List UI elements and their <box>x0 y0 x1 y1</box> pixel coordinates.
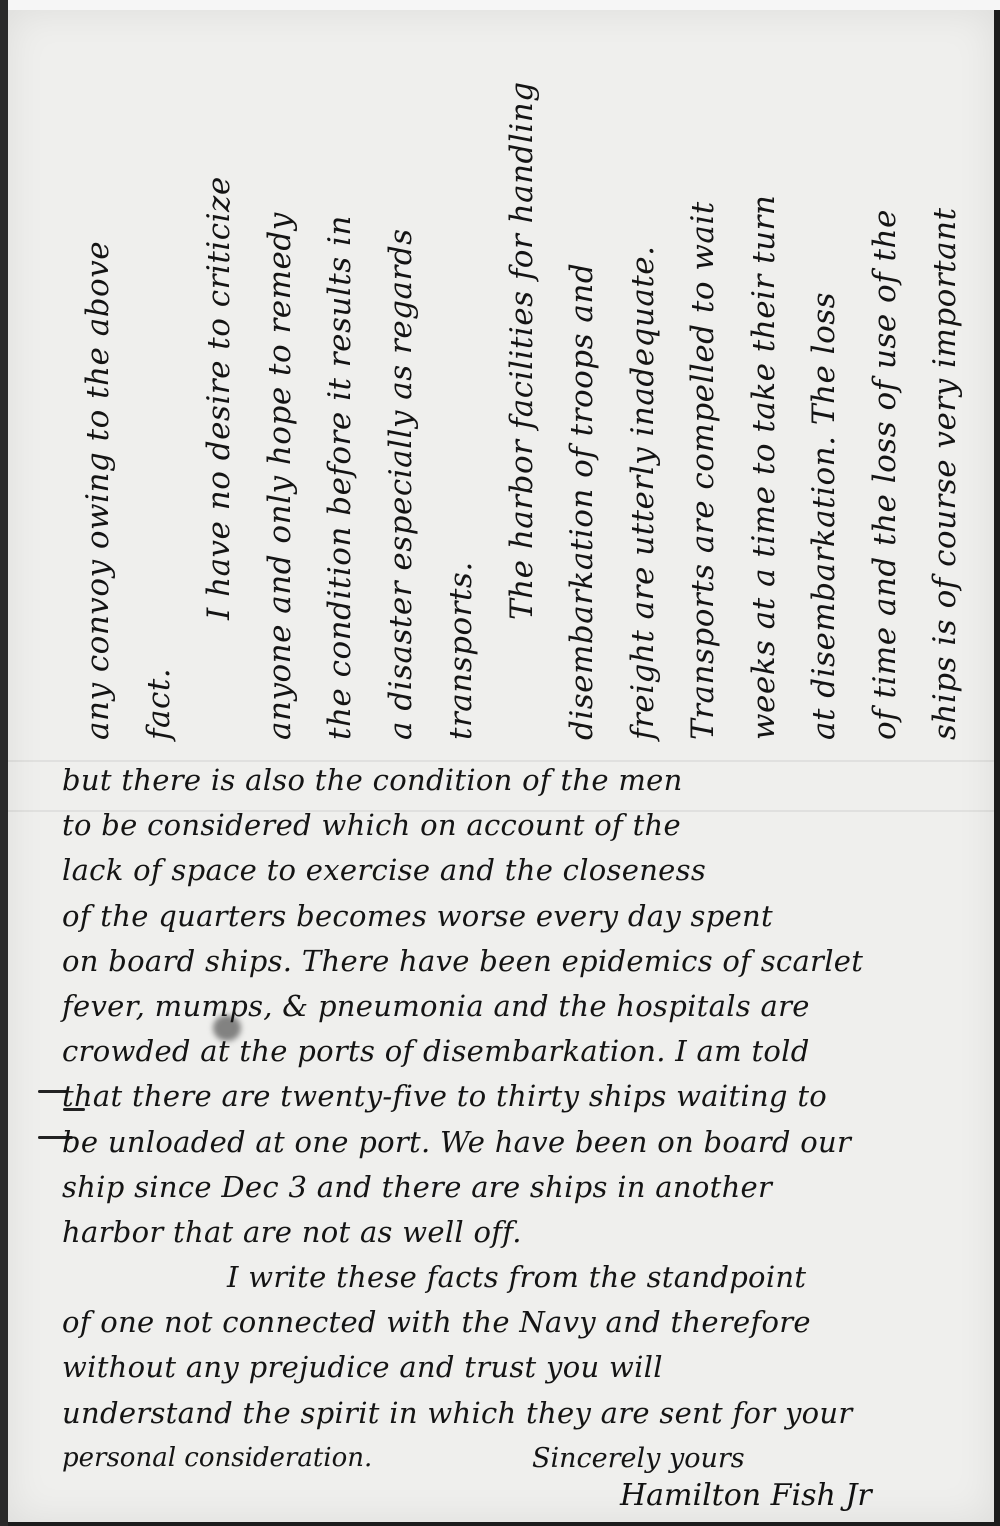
letter-line: harbor that are not as well off. <box>62 1210 972 1255</box>
letter-line: to be considered which on account of the <box>62 803 972 848</box>
scan-left-border <box>0 0 8 1526</box>
rotated-line: fact. <box>129 40 190 740</box>
letter-line: without any prejudice and trust you will <box>62 1345 972 1390</box>
letter-line: that there are twenty-five to thirty shi… <box>62 1074 972 1119</box>
letter-line: ship since Dec 3 and there are ships in … <box>62 1165 972 1210</box>
rotated-text-section: any convoy owing to the above fact. I ha… <box>68 40 978 740</box>
letter-line: crowded at the ports of disembarkation. … <box>62 1029 972 1074</box>
letter-line: on board ships. There have been epidemic… <box>62 939 972 984</box>
signature: Hamilton Fish Jr <box>620 1478 872 1513</box>
rotated-line: at disembarkation. The loss <box>794 40 855 740</box>
rotated-line: transports. <box>431 40 492 740</box>
rotated-line: of time and the loss of use of the <box>855 40 916 740</box>
rotated-line: any convoy owing to the above <box>68 40 129 740</box>
letter-line: I write these facts from the standpoint <box>62 1255 972 1300</box>
horizontal-text-section: but there is also the condition of the m… <box>62 758 972 1481</box>
letter-line: but there is also the condition of the m… <box>62 758 972 803</box>
rotated-line: anyone and only hope to remedy <box>250 40 311 740</box>
letter-line: understand the spirit in which they are … <box>62 1391 972 1436</box>
rotated-line: ships is of course very important <box>915 40 976 740</box>
closing-row: personal consideration. Sincerely yours <box>62 1436 972 1481</box>
rotated-line: the condition before it results in <box>310 40 371 740</box>
closing-line: personal consideration. <box>62 1436 372 1481</box>
rotated-line: freight are utterly inadequate. <box>613 40 674 740</box>
rotated-line: Transports are compelled to wait <box>673 40 734 740</box>
rotated-text-block: any convoy owing to the above fact. I ha… <box>68 40 978 740</box>
rotated-line: a disaster especially as regards <box>371 40 432 740</box>
valediction: Sincerely yours <box>532 1436 745 1481</box>
letter-line: fever, mumps, & pneumonia and the hospit… <box>62 984 972 1029</box>
letter-line: lack of space to exercise and the closen… <box>62 848 972 893</box>
rotated-line: disembarkation of troops and <box>552 40 613 740</box>
rotated-line: The harbor facilities for handling <box>492 40 553 740</box>
rotated-line: I have no desire to criticize <box>189 40 250 740</box>
letter-line: of the quarters becomes worse every day … <box>62 894 972 939</box>
letter-line: be unloaded at one port. We have been on… <box>62 1120 972 1165</box>
scan-top-edge <box>8 0 1000 10</box>
letter-line: of one not connected with the Navy and t… <box>62 1300 972 1345</box>
rotated-line: weeks at a time to take their turn <box>734 40 795 740</box>
